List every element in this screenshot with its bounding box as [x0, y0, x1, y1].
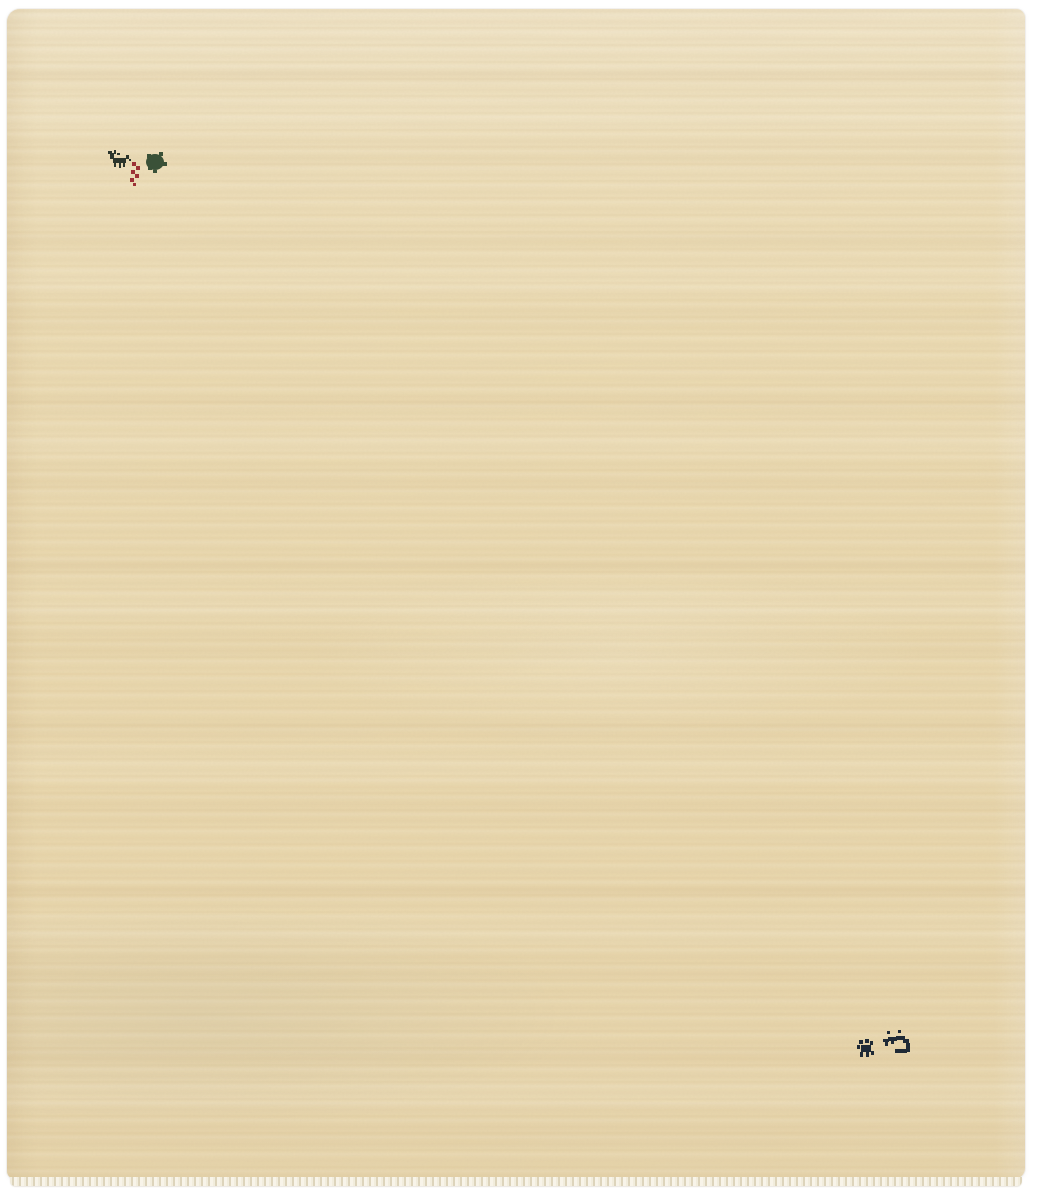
gabbeh-rug: [7, 9, 1025, 1179]
motif-navy-figures: [857, 1030, 910, 1057]
motif-animal-figure: [108, 150, 131, 168]
animal-with-bush-motif: [105, 145, 173, 193]
rug-photo: [0, 0, 1038, 1200]
bottom-fringe: [10, 1177, 1022, 1186]
twin-animal-motif: [851, 1023, 921, 1071]
motif-red-squiggle: [130, 162, 140, 186]
motif-green-bush: [146, 152, 167, 173]
